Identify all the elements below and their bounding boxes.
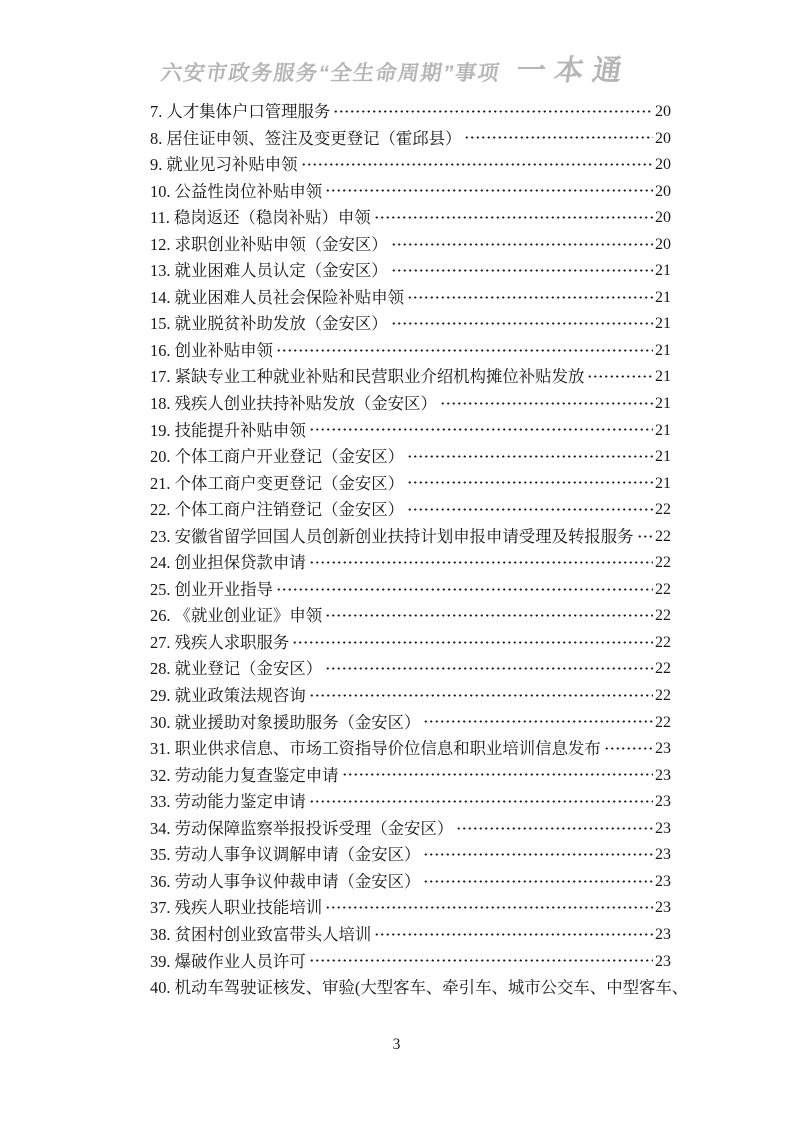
toc-page-number: 21	[655, 391, 671, 418]
toc-page-number: 23	[655, 842, 671, 869]
toc-leader-dots	[309, 560, 653, 565]
toc-leader-dots	[440, 401, 653, 406]
toc-leader-dots	[325, 188, 653, 193]
toc-item-title: 40. 机动车驾驶证核发、审验(大型客车、牵引车、城市公交车、中型客车、	[150, 975, 688, 1002]
toc-page-number: 21	[655, 338, 671, 365]
toc-item: 22. 个体工商户注销登记（金安区）22	[150, 497, 671, 524]
toc-leader-dots	[456, 826, 653, 831]
toc-page-number: 23	[655, 763, 671, 790]
toc-page-number: 21	[655, 311, 671, 338]
toc-item-title: 32. 劳动能力复查鉴定申请	[150, 763, 339, 790]
toc-page-number: 23	[655, 869, 671, 896]
toc-page-number: 20	[655, 179, 671, 206]
toc-page-number: 23	[655, 736, 671, 763]
toc-page-number: 23	[655, 949, 671, 976]
toc-item: 23. 安徽省留学回国人员创新创业扶持计划申报申请受理及转报服务22	[150, 524, 671, 551]
toc-leader-dots	[423, 719, 653, 724]
toc-item: 12. 求职创业补贴申领（金安区）20	[150, 232, 671, 259]
toc-item-title: 26. 《就业创业证》申领	[150, 603, 322, 630]
toc-item: 7. 人才集体户口管理服务20	[150, 99, 671, 126]
toc-item-title: 10. 公益性岗位补贴申领	[150, 179, 322, 206]
toc-page-number: 21	[655, 285, 671, 312]
toc-item: 8. 居住证申领、签注及变更登记（霍邱县）20	[150, 126, 671, 153]
toc-page-number: 22	[655, 497, 671, 524]
toc-page-number: 23	[655, 922, 671, 949]
toc-item-title: 34. 劳动保障监察举报投诉受理（金安区）	[150, 816, 453, 843]
toc-item-title: 12. 求职创业补贴申领（金安区）	[150, 232, 388, 259]
toc-item-title: 36. 劳动人事争议仲裁申请（金安区）	[150, 869, 420, 896]
toc-item: 21. 个体工商户变更登记（金安区）21	[150, 471, 671, 498]
toc-item: 15. 就业脱贫补助发放（金安区）21	[150, 311, 671, 338]
toc-page-number: 23	[655, 789, 671, 816]
toc-leader-dots	[423, 852, 653, 857]
toc-leader-dots	[407, 480, 653, 485]
toc-leader-dots	[342, 772, 654, 777]
toc-leader-dots	[325, 666, 653, 671]
toc-item: 13. 就业困难人员认定（金安区）21	[150, 258, 671, 285]
toc-page-number: 23	[655, 895, 671, 922]
toc-list: 7. 人才集体户口管理服务208. 居住证申领、签注及变更登记（霍邱县）209.…	[150, 99, 671, 1002]
toc-page-number: 20	[655, 99, 671, 126]
toc-leader-dots	[391, 268, 653, 273]
toc-item-title: 14. 就业困难人员社会保险补贴申领	[150, 285, 404, 312]
toc-item-title: 24. 创业担保贷款申请	[150, 550, 306, 577]
toc-page-number: 21	[655, 364, 671, 391]
toc-leader-dots	[407, 507, 653, 512]
toc-item-title: 11. 稳岗返还（稳岗补贴）申领	[150, 205, 371, 232]
toc-item: 19. 技能提升补贴申领21	[150, 418, 671, 445]
toc-page-number: 20	[655, 126, 671, 153]
toc-item: 33. 劳动能力鉴定申请23	[150, 789, 671, 816]
toc-item: 36. 劳动人事争议仲裁申请（金安区）23	[150, 869, 671, 896]
toc-item-title: 16. 创业补贴申领	[150, 338, 273, 365]
toc-item-title: 20. 个体工商户开业登记（金安区）	[150, 444, 404, 471]
toc-leader-dots	[292, 640, 653, 645]
toc-leader-dots	[587, 374, 653, 379]
toc-leader-dots	[301, 162, 653, 167]
toc-item: 28. 就业登记（金安区）22	[150, 656, 671, 683]
toc-page-number: 22	[655, 630, 671, 657]
toc-leader-dots	[391, 321, 653, 326]
toc-item-title: 22. 个体工商户注销登记（金安区）	[150, 497, 404, 524]
toc-page-number: 22	[655, 524, 671, 551]
toc-page-number: 21	[655, 471, 671, 498]
toc-item-title: 25. 创业开业指导	[150, 577, 273, 604]
toc-item-title: 15. 就业脱贫补助发放（金安区）	[150, 311, 388, 338]
toc-item: 9. 就业见习补贴申领20	[150, 152, 671, 179]
header-title-suffix: 一本通	[514, 48, 635, 89]
toc-item-title: 13. 就业困难人员认定（金安区）	[150, 258, 388, 285]
toc-page-number: 21	[655, 444, 671, 471]
toc-leader-dots	[407, 295, 653, 300]
toc-leader-dots	[604, 746, 653, 751]
toc-leader-dots	[309, 427, 653, 432]
toc-leader-dots	[276, 587, 653, 592]
page-header: 六安市政务服务“全生命周期”事项 一本通	[0, 48, 793, 89]
toc-leader-dots	[309, 799, 653, 804]
toc-item-title: 37. 残疾人职业技能培训	[150, 895, 322, 922]
toc-item-title: 29. 就业政策法规咨询	[150, 683, 306, 710]
document-page: 六安市政务服务“全生命周期”事项 一本通 7. 人才集体户口管理服务208. 居…	[0, 0, 793, 1122]
toc-item-title: 8. 居住证申领、签注及变更登记（霍邱县）	[150, 126, 461, 153]
page-footer-number: 3	[0, 1036, 793, 1054]
page-header-text: 六安市政务服务“全生命周期”事项 一本通	[159, 48, 635, 89]
toc-leader-dots	[333, 109, 653, 114]
toc-item-title: 27. 残疾人求职服务	[150, 630, 289, 657]
toc-item-title: 9. 就业见习补贴申领	[150, 152, 298, 179]
toc-item-title: 38. 贫困村创业致富带头人培训	[150, 922, 371, 949]
toc-leader-dots	[374, 932, 653, 937]
toc-item-title: 19. 技能提升补贴申领	[150, 418, 306, 445]
toc-leader-dots	[637, 534, 653, 539]
toc-leader-dots	[407, 454, 653, 459]
toc-item-title: 35. 劳动人事争议调解申请（金安区）	[150, 842, 420, 869]
toc-page-number: 20	[655, 232, 671, 259]
toc-item: 32. 劳动能力复查鉴定申请23	[150, 763, 671, 790]
toc-leader-dots	[391, 242, 653, 247]
toc-page-number: 22	[655, 577, 671, 604]
toc-item: 11. 稳岗返还（稳岗补贴）申领20	[150, 205, 671, 232]
toc-item: 10. 公益性岗位补贴申领20	[150, 179, 671, 206]
toc-item-title: 30. 就业援助对象援助服务（金安区）	[150, 710, 420, 737]
toc-item-title: 33. 劳动能力鉴定申请	[150, 789, 306, 816]
toc-item: 35. 劳动人事争议调解申请（金安区）23	[150, 842, 671, 869]
toc-page-number: 23	[655, 816, 671, 843]
toc-item: 37. 残疾人职业技能培训23	[150, 895, 671, 922]
toc-item-title: 23. 安徽省留学回国人员创新创业扶持计划申报申请受理及转报服务	[150, 524, 634, 551]
toc-item-title: 31. 职业供求信息、市场工资指导价位信息和职业培训信息发布	[150, 736, 601, 763]
toc-item: 18. 残疾人创业扶持补贴发放（金安区）21	[150, 391, 671, 418]
toc-leader-dots	[325, 613, 653, 618]
toc-page-number: 20	[655, 205, 671, 232]
toc-page-number: 22	[655, 656, 671, 683]
toc-page-number: 22	[655, 683, 671, 710]
toc-item: 24. 创业担保贷款申请22	[150, 550, 671, 577]
toc-leader-dots	[374, 215, 653, 220]
toc-item: 16. 创业补贴申领21	[150, 338, 671, 365]
toc-item-title: 18. 残疾人创业扶持补贴发放（金安区）	[150, 391, 437, 418]
toc-item: 34. 劳动保障监察举报投诉受理（金安区）23	[150, 816, 671, 843]
toc-item: 14. 就业困难人员社会保险补贴申领21	[150, 285, 671, 312]
toc-item: 39. 爆破作业人员许可23	[150, 949, 671, 976]
toc-item-title: 7. 人才集体户口管理服务	[150, 99, 330, 126]
toc-item: 27. 残疾人求职服务22	[150, 630, 671, 657]
toc-item-title: 28. 就业登记（金安区）	[150, 656, 322, 683]
toc-leader-dots	[309, 693, 653, 698]
toc-item: 26. 《就业创业证》申领22	[150, 603, 671, 630]
toc-page-number: 21	[655, 258, 671, 285]
toc-item: 30. 就业援助对象援助服务（金安区）22	[150, 710, 671, 737]
toc-item-title: 17. 紧缺专业工种就业补贴和民营职业介绍机构摊位补贴发放	[150, 364, 584, 391]
toc-page-number: 22	[655, 550, 671, 577]
toc-item: 29. 就业政策法规咨询22	[150, 683, 671, 710]
toc-item-title: 39. 爆破作业人员许可	[150, 949, 306, 976]
toc-item: 38. 贫困村创业致富带头人培训23	[150, 922, 671, 949]
toc-item: 40. 机动车驾驶证核发、审验(大型客车、牵引车、城市公交车、中型客车、	[150, 975, 671, 1002]
toc-item: 20. 个体工商户开业登记（金安区）21	[150, 444, 671, 471]
toc-leader-dots	[309, 958, 653, 963]
toc-item: 25. 创业开业指导22	[150, 577, 671, 604]
toc-page-number: 21	[655, 418, 671, 445]
toc-item: 31. 职业供求信息、市场工资指导价位信息和职业培训信息发布23	[150, 736, 671, 763]
header-title-main: 六安市政务服务“全生命周期”事项	[159, 57, 503, 87]
toc-leader-dots	[276, 348, 653, 353]
toc-item: 17. 紧缺专业工种就业补贴和民营职业介绍机构摊位补贴发放21	[150, 364, 671, 391]
toc-leader-dots	[325, 905, 653, 910]
toc-leader-dots	[423, 879, 653, 884]
toc-page-number: 22	[655, 710, 671, 737]
toc-item-title: 21. 个体工商户变更登记（金安区）	[150, 471, 404, 498]
toc-page-number: 22	[655, 603, 671, 630]
toc-page-number: 20	[655, 152, 671, 179]
toc-leader-dots	[464, 135, 653, 140]
